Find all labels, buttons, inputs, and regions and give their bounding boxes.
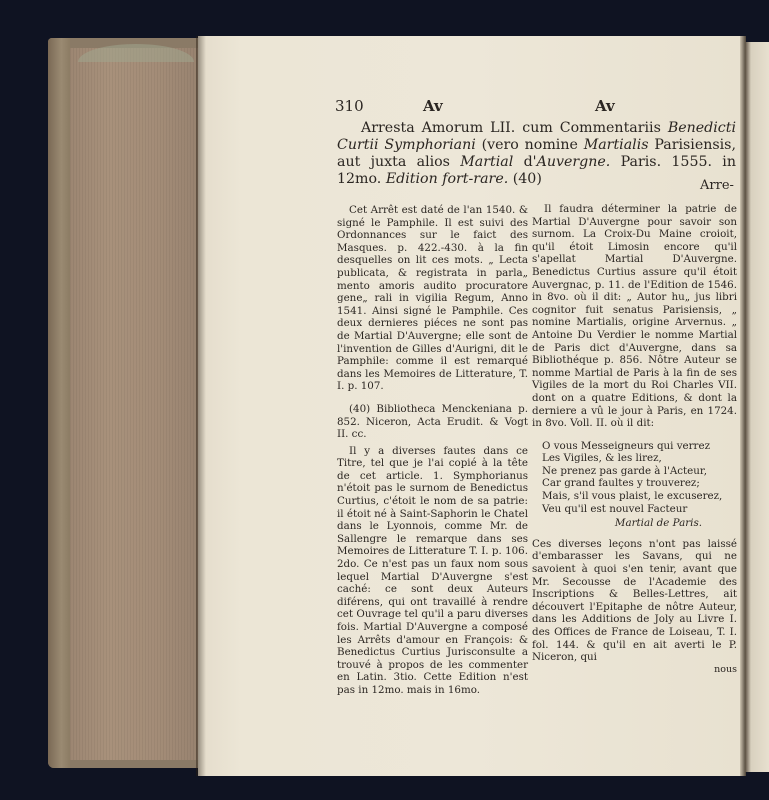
poem-line: O vous Messeigneurs qui verrez bbox=[542, 440, 737, 453]
title-text: Arresta Amorum LII. cum Commentariis bbox=[361, 120, 668, 136]
left-column: Cet Arrêt est daté de l'an 1540. & signé… bbox=[337, 204, 528, 697]
poem-line: Mais, s'il vous plaist, le excuserez, bbox=[542, 490, 737, 503]
title-text: d' bbox=[513, 154, 536, 170]
paragraph: Il y a diverses fautes dans ce Titre, te… bbox=[337, 445, 528, 697]
next-page-edge bbox=[745, 42, 769, 772]
gutter-shadow bbox=[196, 36, 206, 776]
poem-line: Ne prenez pas garde à l'Acteur, bbox=[542, 465, 737, 478]
title-place-italic: Auvergne. bbox=[537, 154, 611, 170]
paragraph: Il faudra déterminer la patrie de Martia… bbox=[532, 203, 737, 430]
title-text: (vero nomine bbox=[476, 137, 584, 153]
title-footnote-ref: (40) bbox=[508, 171, 542, 187]
poem-signature: Martial de Paris. bbox=[532, 517, 737, 530]
poem-line: Veu qu'il est nouvel Facteur bbox=[542, 503, 737, 516]
paragraph: Cet Arrêt est daté de l'an 1540. & signé… bbox=[337, 204, 528, 393]
running-head-left: Av bbox=[423, 97, 443, 115]
page-number: 310 bbox=[335, 97, 364, 115]
footnote: (40) Bibliotheca Menckeniana p. 852. Nic… bbox=[337, 403, 528, 441]
poem-line: Car grand faultes y trouverez; bbox=[542, 477, 737, 490]
title-name-italic: Martial bbox=[460, 154, 513, 170]
title-name-italic: Martialis bbox=[584, 137, 649, 153]
right-column: Il faudra déterminer la patrie de Martia… bbox=[532, 203, 737, 676]
running-head: 310 Av Av bbox=[335, 97, 745, 119]
catchword-top: Arre- bbox=[700, 178, 734, 193]
catchword-bottom: nous bbox=[532, 664, 737, 677]
title-rarity-note: Edition fort-rare. bbox=[386, 171, 508, 187]
page-stack-edge bbox=[70, 48, 198, 760]
paragraph: Ces diverses leçons n'ont pas laissé d'e… bbox=[532, 538, 737, 664]
book-cover-edge bbox=[48, 38, 70, 768]
entry-title: Arresta Amorum LII. cum Commentariis Ben… bbox=[337, 120, 736, 188]
poem-quotation: O vous Messeigneurs qui verrez Les Vigil… bbox=[532, 440, 737, 516]
poem-line: Les Vigiles, & les lirez, bbox=[542, 452, 737, 465]
running-head-right: Av bbox=[595, 97, 615, 115]
